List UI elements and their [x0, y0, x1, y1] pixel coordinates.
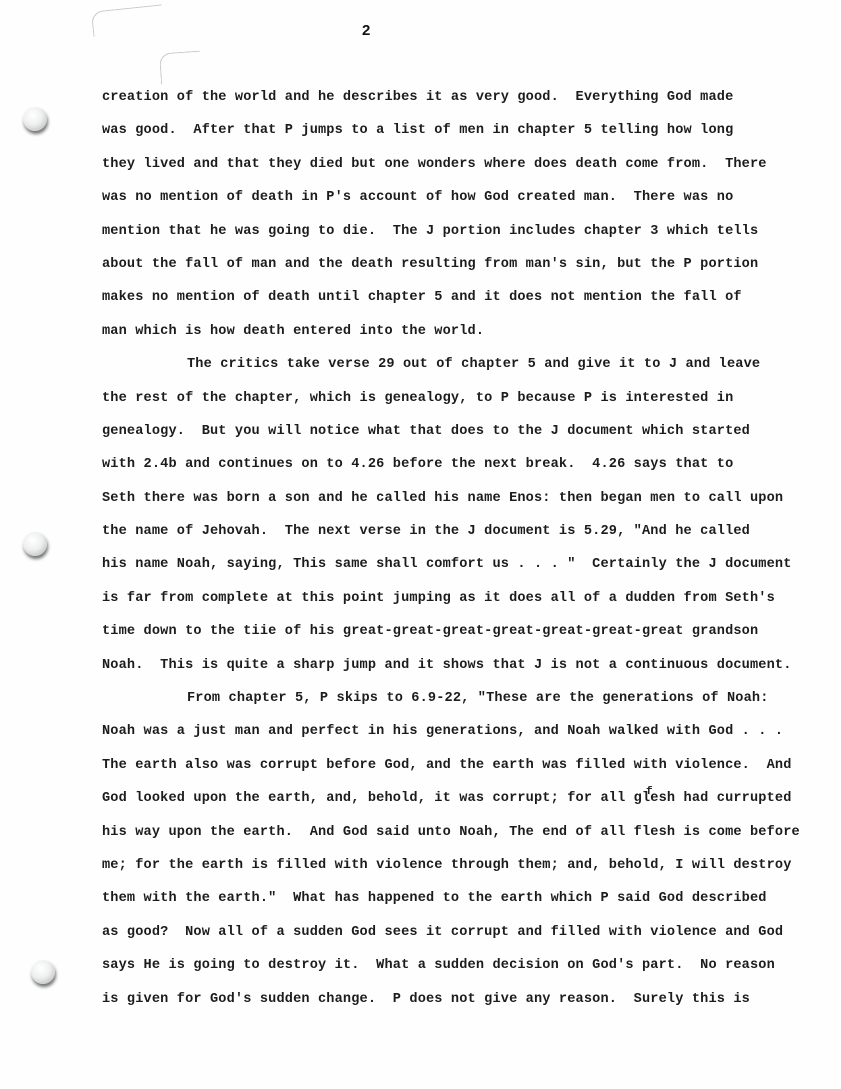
- text-line: time down to the tiie of his great-great…: [102, 622, 822, 655]
- typewritten-page: 2 creation of the world and he describes…: [0, 0, 841, 1089]
- paper-mark: [159, 51, 202, 85]
- text-line: as good? Now all of a sudden God sees it…: [102, 923, 822, 956]
- handwritten-correction: f: [646, 786, 653, 798]
- text-line: was good. After that P jumps to a list o…: [102, 121, 822, 154]
- text-line: The earth also was corrupt before God, a…: [102, 756, 822, 789]
- paper-mark: [91, 4, 164, 36]
- text-line: with 2.4b and continues on to 4.26 befor…: [102, 455, 822, 488]
- text-line: makes no mention of death until chapter …: [102, 288, 822, 321]
- text-line: about the fall of man and the death resu…: [102, 255, 822, 288]
- paragraph-start-line: The critics take verse 29 out of chapter…: [102, 355, 822, 388]
- text-line: they lived and that they died but one wo…: [102, 155, 822, 188]
- text-line: me; for the earth is filled with violenc…: [102, 856, 822, 889]
- punch-hole-bottom: [31, 960, 55, 984]
- text-line: God looked upon the earth, and, behold, …: [102, 789, 822, 822]
- text-line: creation of the world and he describes i…: [102, 88, 822, 121]
- punch-hole-middle: [23, 532, 47, 556]
- text-line: his name Noah, saying, This same shall c…: [102, 555, 822, 588]
- text-line: says He is going to destroy it. What a s…: [102, 956, 822, 989]
- text-line: the rest of the chapter, which is geneal…: [102, 389, 822, 422]
- text-line: Seth there was born a son and he called …: [102, 489, 822, 522]
- page-number: 2: [362, 22, 370, 39]
- body-text: creation of the world and he describes i…: [102, 88, 822, 1023]
- text-line: his way upon the earth. And God said unt…: [102, 823, 822, 856]
- paragraph-start-line: From chapter 5, P skips to 6.9-22, "Thes…: [102, 689, 822, 722]
- text-line: Noah. This is quite a sharp jump and it …: [102, 656, 822, 689]
- text-line: them with the earth." What has happened …: [102, 889, 822, 922]
- text-line: is far from complete at this point jumpi…: [102, 589, 822, 622]
- text-line: mention that he was going to die. The J …: [102, 222, 822, 255]
- text-line: was no mention of death in P's account o…: [102, 188, 822, 221]
- text-line: genealogy. But you will notice what that…: [102, 422, 822, 455]
- text-line: man which is how death entered into the …: [102, 322, 822, 355]
- text-line: the name of Jehovah. The next verse in t…: [102, 522, 822, 555]
- punch-hole-top: [23, 107, 47, 131]
- text-line: Noah was a just man and perfect in his g…: [102, 722, 822, 755]
- text-line: is given for God's sudden change. P does…: [102, 990, 822, 1023]
